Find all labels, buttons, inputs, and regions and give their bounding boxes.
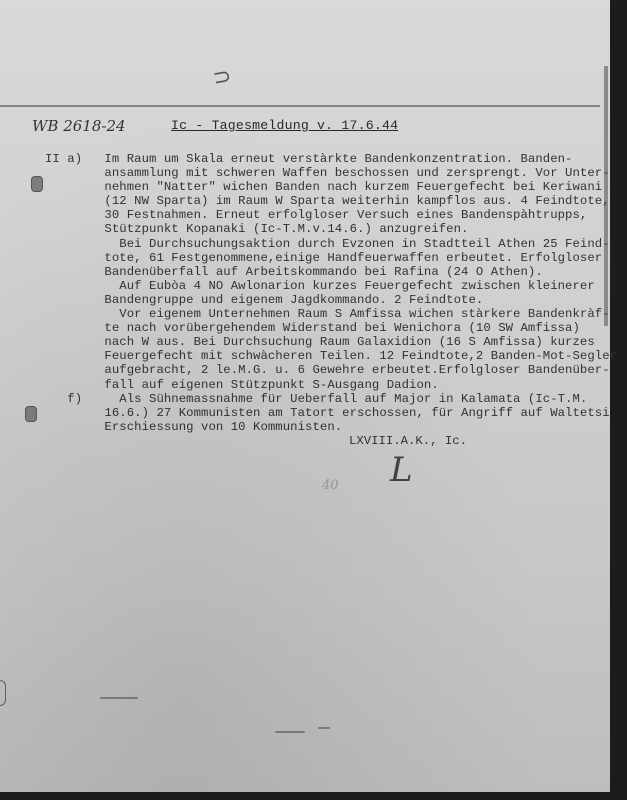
body-line: aufgebracht, 2 le.M.G. u. 6 Gewehre erbe…	[45, 363, 605, 377]
body-line: nehmen "Natter" wichen Banden nach kurze…	[45, 180, 605, 194]
body-line: fall auf eigenen Stützpunkt S-Ausgang Da…	[45, 378, 605, 392]
smudge	[318, 727, 330, 729]
body-line: II a) Im Raum um Skala erneut verstàrkte…	[45, 152, 605, 166]
archive-number: WB 2618-24	[32, 117, 126, 135]
report-body: II a) Im Raum um Skala erneut verstàrkte…	[45, 152, 605, 434]
body-line: 16.6.) 27 Kommunisten am Tatort erschoss…	[45, 406, 605, 420]
body-line: Stützpunkt Kopanaki (Ic-T.M.v.14.6.) anz…	[45, 222, 605, 236]
body-line: tote, 61 Festgenommene,einige Handfeuerw…	[45, 251, 605, 265]
document-page: ⊃ WB 2618-24 Ic - Tagesmeldung v. 17.6.4…	[0, 0, 610, 792]
body-line: 30 Festnahmen. Erneut erfolgloser Versuc…	[45, 208, 605, 222]
body-line: Erschiessung von 10 Kommunisten.	[45, 420, 605, 434]
body-line: Bandengruppe und eigenem Jagdkommando. 2…	[45, 293, 605, 307]
document-title: Ic - Tagesmeldung v. 17.6.44	[171, 118, 398, 133]
body-line: Auf Eubòa 4 NO Awlonarion kurzes Feuerge…	[45, 279, 605, 293]
signature-block: LXVIII.A.K., Ic.	[349, 434, 467, 448]
pencil-mark: ⊃	[211, 64, 233, 92]
body-line: te nach vorübergehendem Widerstand bei W…	[45, 321, 605, 335]
fold-line	[0, 105, 600, 107]
body-line: f) Als Sühnemassnahme für Ueberfall auf …	[45, 392, 605, 406]
punch-hole-bottom	[25, 406, 37, 422]
handwritten-page-number: 40	[322, 478, 339, 493]
page-edge-shadow	[604, 66, 608, 326]
body-line: (12 NW Sparta) im Raum W Sparta weiterhi…	[45, 194, 605, 208]
handwritten-signature: L	[390, 450, 413, 490]
smudge	[100, 697, 138, 699]
body-line: Bandenüberfall auf Arbeitskommando bei R…	[45, 265, 605, 279]
punch-hole-top	[31, 176, 43, 192]
margin-scribble	[0, 680, 6, 706]
body-line: ansammlung mit schweren Waffen beschosse…	[45, 166, 605, 180]
body-line: Bei Durchsuchungsaktion durch Evzonen in…	[45, 237, 605, 251]
body-line: nach W aus. Bei Durchsuchung Raum Galaxi…	[45, 335, 605, 349]
body-line: Feuergefecht mit schwàcheren Teilen. 12 …	[45, 349, 605, 363]
body-line: Vor eigenem Unternehmen Raum S Amfissa w…	[45, 307, 605, 321]
smudge	[275, 731, 305, 733]
